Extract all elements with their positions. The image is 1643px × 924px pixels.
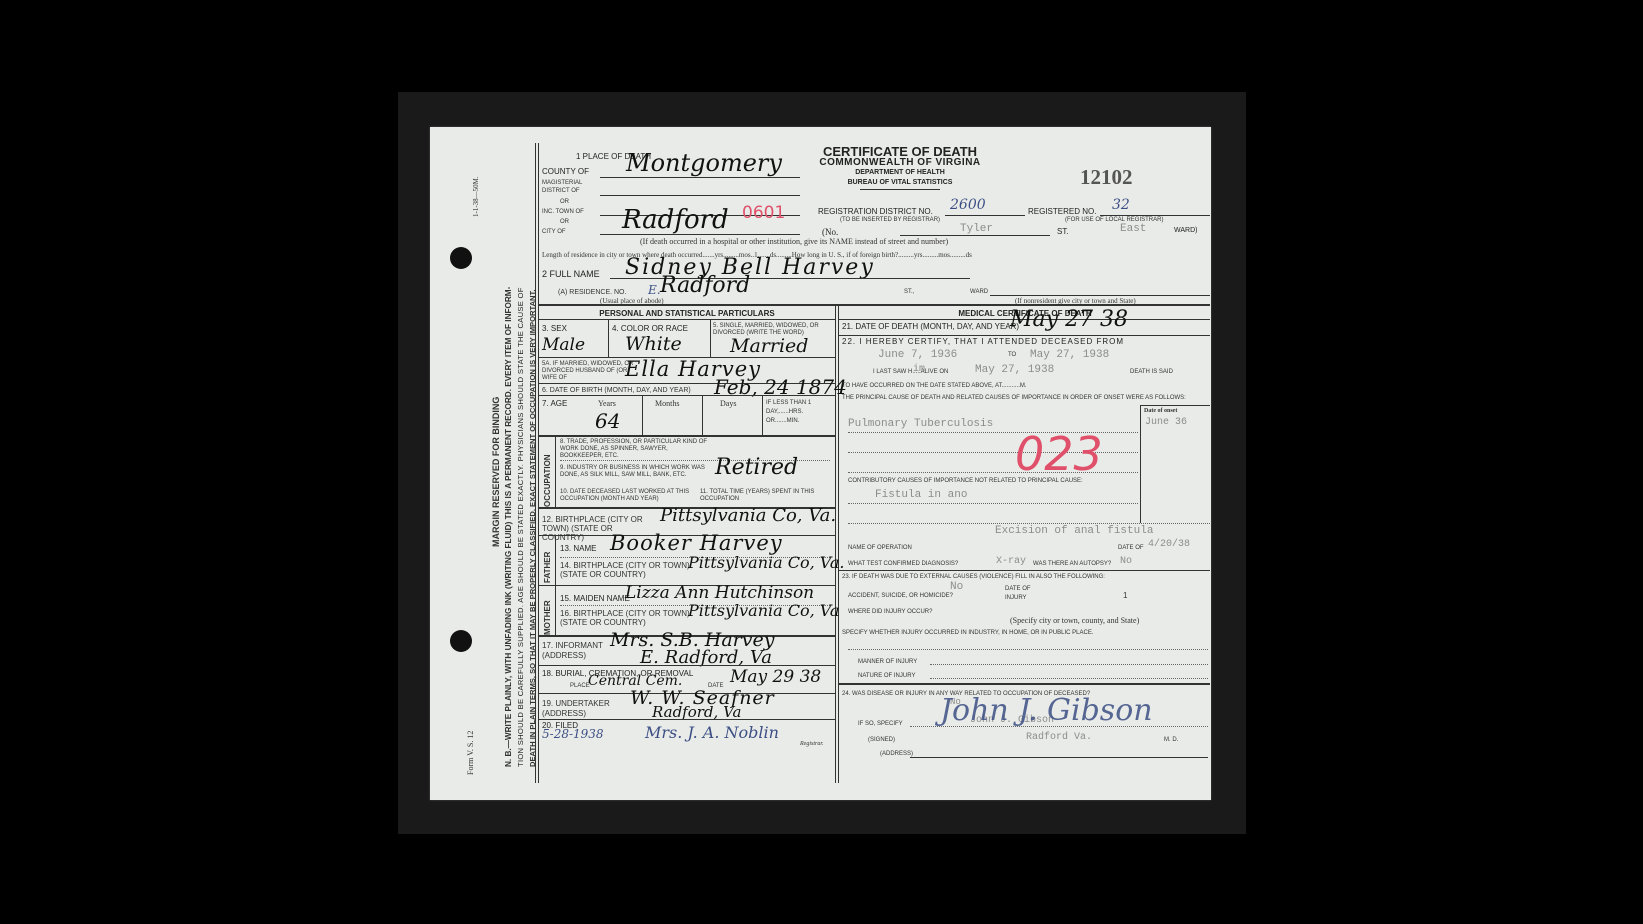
divider <box>538 435 835 437</box>
operation-value-1: Excision of anal fistula <box>995 525 1153 537</box>
ward-label: WARD) <box>1174 227 1197 234</box>
burial-place-label: PLACE <box>570 683 590 689</box>
field-line <box>945 215 1025 216</box>
binding-hole <box>450 247 472 269</box>
contributory-value: Fistula in ano <box>875 489 967 501</box>
marital-value: Married <box>730 335 808 357</box>
dotted-line <box>930 664 1208 665</box>
registered-label: REGISTERED NO. <box>1028 207 1096 216</box>
father-name-value: Booker Harvey <box>610 531 783 555</box>
onset-box <box>1140 405 1210 406</box>
section-divider <box>538 304 1210 306</box>
divider <box>642 395 643 435</box>
city-code: 0601 <box>742 203 785 223</box>
field-line <box>1100 215 1210 216</box>
occurred-label: TO HAVE OCCURRED ON THE DATE STATED ABOV… <box>842 383 1027 389</box>
certificate-subtitle: COMMONWEALTH OF VIRGINA <box>780 157 1020 168</box>
md-label: M. D. <box>1164 737 1178 743</box>
burial-date-value: May 29 38 <box>730 667 821 687</box>
age-label: 7. AGE <box>542 399 567 408</box>
external-causes-label: 23. IF DEATH WAS DUE TO EXTERNAL CAUSES … <box>842 573 1202 582</box>
mother-name-value: Lizza Ann Hutchinson <box>625 583 814 603</box>
filed-date: 5-28-1938 <box>542 727 604 741</box>
hospital-note: (If death occurred in a hospital or othe… <box>640 237 948 246</box>
undertaker-label: 19. UNDERTAKER (ADDRESS) <box>542 699 622 719</box>
divider <box>555 585 556 635</box>
cause-code-stamp: 023 <box>1015 427 1103 481</box>
trade-label: 8. TRADE, PROFESSION, OR PARTICULAR KIND… <box>560 439 710 460</box>
frame-line <box>538 143 539 783</box>
mother-birthplace-value: Pittsylvania Co, Va <box>688 601 839 620</box>
instructions-line-2: TION SHOULD BE CAREFULLY SUPPLIED. AGE S… <box>516 287 525 767</box>
margin-note: MARGIN RESERVED FOR BINDING <box>491 397 501 547</box>
injury-date-label: DATE OF INJURY <box>1005 585 1045 603</box>
st-label: ST., <box>904 289 914 295</box>
father-side-label: FATHER <box>543 552 552 583</box>
accident-label: ACCIDENT, SUICIDE, OR HOMICIDE? <box>848 593 953 599</box>
divider <box>838 335 1210 336</box>
ward-label: WARD <box>970 289 988 295</box>
injury-date-value: 1 <box>1123 591 1127 600</box>
county-label: COUNTY OF <box>542 167 589 176</box>
district-note: (TO BE INSERTED BY REGISTRAR) <box>840 217 940 223</box>
death-said-label: DEATH IS SAID <box>1130 369 1173 375</box>
test-value: X-ray <box>996 556 1026 567</box>
contributory-label: CONTRIBUTORY CAUSES OF IMPORTANCE NOT RE… <box>848 477 1138 485</box>
autopsy-value: No <box>1120 556 1132 567</box>
last-saw-label: I LAST SAW H.....ALIVE ON <box>873 369 948 375</box>
death-certificate: Form V. S. 12 1-1-38—50M. MARGIN RESERVE… <box>430 127 1211 800</box>
last-worked-label: 10. DATE DECEASED LAST WORKED AT THIS OC… <box>560 489 690 503</box>
binding-hole <box>450 630 472 652</box>
occupation-side-label: OCCUPATION <box>543 454 552 507</box>
registered-note: (FOR USE OF LOCAL REGISTRAR) <box>1065 217 1163 223</box>
registrar-signature: Mrs. J. A. Noblin <box>645 723 779 742</box>
operation-date-label: DATE OF <box>1118 545 1144 551</box>
field-line <box>990 295 1210 296</box>
sex-value: Male <box>542 335 585 355</box>
where-note: (Specify city or town, county, and State… <box>1010 616 1139 625</box>
city-value: Radford <box>622 205 729 235</box>
inc-town-label: INC. TOWN OF <box>542 209 584 215</box>
or-label: OR <box>560 219 569 225</box>
onset-date: June 36 <box>1145 417 1187 428</box>
divider <box>538 319 835 320</box>
certify-label: 22. I HEREBY CERTIFY, THAT I ATTENDED DE… <box>842 337 1124 346</box>
address-label: (ADDRESS) <box>880 751 913 757</box>
informant-label: 17. INFORMANT (ADDRESS) <box>542 641 612 661</box>
less-than-day-label: IF LESS THAN 1 DAY,......HRS. OR.......M… <box>766 399 834 426</box>
father-birthplace-value: Pittsylvania Co, Va. <box>688 553 845 572</box>
ward-value: East <box>1120 223 1146 235</box>
total-time-label: 11. TOTAL TIME (YEARS) SPENT IN THIS OCC… <box>700 489 830 503</box>
race-value: White <box>625 333 682 355</box>
operation-label: NAME OF OPERATION <box>848 545 912 551</box>
field-line <box>600 177 800 178</box>
where-label: WHERE DID INJURY OCCUR? <box>848 609 932 615</box>
signed-label: (SIGNED) <box>868 737 895 743</box>
date-of-onset-label: Date of onset <box>1144 408 1177 414</box>
father-name-label: 13. NAME <box>560 544 596 553</box>
industry-label: 9. INDUSTRY OR BUSINESS IN WHICH WORK WA… <box>560 465 710 479</box>
divider <box>702 395 703 435</box>
attended-from: June 7, 1936 <box>878 349 957 361</box>
test-label: WHAT TEST CONFIRMED DIAGNOSIS? <box>848 561 958 567</box>
street-value: Tyler <box>960 223 993 235</box>
principal-cause-value: Pulmonary Tuberculosis <box>848 418 993 430</box>
bureau: BUREAU OF VITAL STATISTICS <box>780 179 1020 186</box>
nature-label: NATURE OF INJURY <box>858 673 915 679</box>
dob-label: 6. DATE OF BIRTH (month, day, and year) <box>542 387 691 394</box>
mother-birthplace-label: 16. BIRTHPLACE (city or town) (State or … <box>560 609 690 627</box>
autopsy-label: WAS THERE AN AUTOPSY? <box>1033 561 1111 567</box>
industry-injury-label: SPECIFY WHETHER INJURY OCCURRED IN INDUS… <box>842 629 1202 638</box>
department: DEPARTMENT OF HEALTH <box>780 169 1020 176</box>
form-code: Form V. S. 12 <box>466 731 475 775</box>
divider <box>838 683 1210 685</box>
residence-value: Radford <box>660 273 750 298</box>
physician-signature: John J. Gibson <box>940 693 1153 728</box>
field-line <box>900 235 1050 236</box>
father-birthplace-label: 14. BIRTHPLACE (city or town) (State or … <box>560 561 690 579</box>
divider <box>762 395 763 435</box>
divider <box>710 319 711 357</box>
street-no-label: (No. <box>822 227 838 237</box>
field-line <box>600 195 800 196</box>
sex-label: 3. SEX <box>542 324 567 333</box>
field-line <box>600 234 800 235</box>
mother-name-label: 15. MAIDEN NAME <box>560 594 630 603</box>
birthplace-value: Pittsylvania Co, Va. <box>660 505 836 526</box>
city-label: CITY OF <box>542 229 566 235</box>
age-years-value: 64 <box>595 409 620 433</box>
registrar-label: Registrar. <box>800 741 824 747</box>
divider <box>555 535 556 585</box>
certificate-number: 12102 <box>1080 165 1133 190</box>
if-so-label: IF SO, SPECIFY <box>858 721 903 727</box>
onset-box <box>1140 405 1141 523</box>
divider <box>538 395 835 396</box>
operation-date: 4/20/38 <box>1148 539 1190 550</box>
full-name-label: 2 FULL NAME <box>542 269 600 279</box>
months-label: Months <box>655 399 679 408</box>
frame-line <box>535 143 536 783</box>
dotted-line <box>848 523 1210 524</box>
date-of-death-value: May 27 38 <box>1010 307 1128 332</box>
industry-value: Retired <box>715 455 798 480</box>
instructions-line-1: N. B.—WRITE PLAINLY, WITH UNFADING INK (… <box>504 287 513 767</box>
divider <box>538 719 835 720</box>
physician-address: Radford Va. <box>1026 732 1092 743</box>
accident-value: No <box>950 581 963 593</box>
field-line <box>910 757 1208 758</box>
years-label: Years <box>598 399 616 408</box>
or-label: OR <box>560 199 569 205</box>
manner-label: MANNER OF INJURY <box>858 659 917 665</box>
race-label: 4. COLOR OR RACE <box>612 324 688 333</box>
principal-cause-label: THE PRINCIPAL CAUSE OF DEATH AND RELATED… <box>842 393 1202 403</box>
dotted-line <box>930 678 1208 679</box>
personal-header: PERSONAL AND STATISTICAL PARTICULARS <box>540 309 834 318</box>
dotted-line <box>848 503 1138 504</box>
him-value: im <box>913 364 925 375</box>
divider <box>538 665 835 666</box>
district-number: 2600 <box>950 197 986 213</box>
county-value: Montgomery <box>626 149 782 177</box>
magisterial-label: MAGISTERIAL DISTRICT OF <box>542 179 592 195</box>
divider <box>838 570 1210 571</box>
district-label: REGISTRATION DISTRICT NO. <box>818 207 933 216</box>
mother-side-label: MOTHER <box>543 600 552 635</box>
st-label: St. <box>1057 227 1069 236</box>
residence-number: E. <box>648 283 661 297</box>
dotted-line <box>848 649 1208 650</box>
days-label: Days <box>720 399 736 408</box>
registered-number: 32 <box>1112 197 1130 213</box>
residence-label: (A) RESIDENCE. NO. <box>558 289 626 296</box>
divider <box>860 189 940 190</box>
attended-to: May 27, 1938 <box>1030 349 1109 361</box>
print-code: 1-1-38—50M. <box>472 176 480 217</box>
last-saw-date: May 27, 1938 <box>975 364 1054 376</box>
divider <box>608 319 609 357</box>
to-label: TO <box>1008 352 1016 358</box>
divider <box>555 435 556 507</box>
date-of-death-label: 21. DATE OF DEATH (month, day, and year) <box>842 322 1019 331</box>
